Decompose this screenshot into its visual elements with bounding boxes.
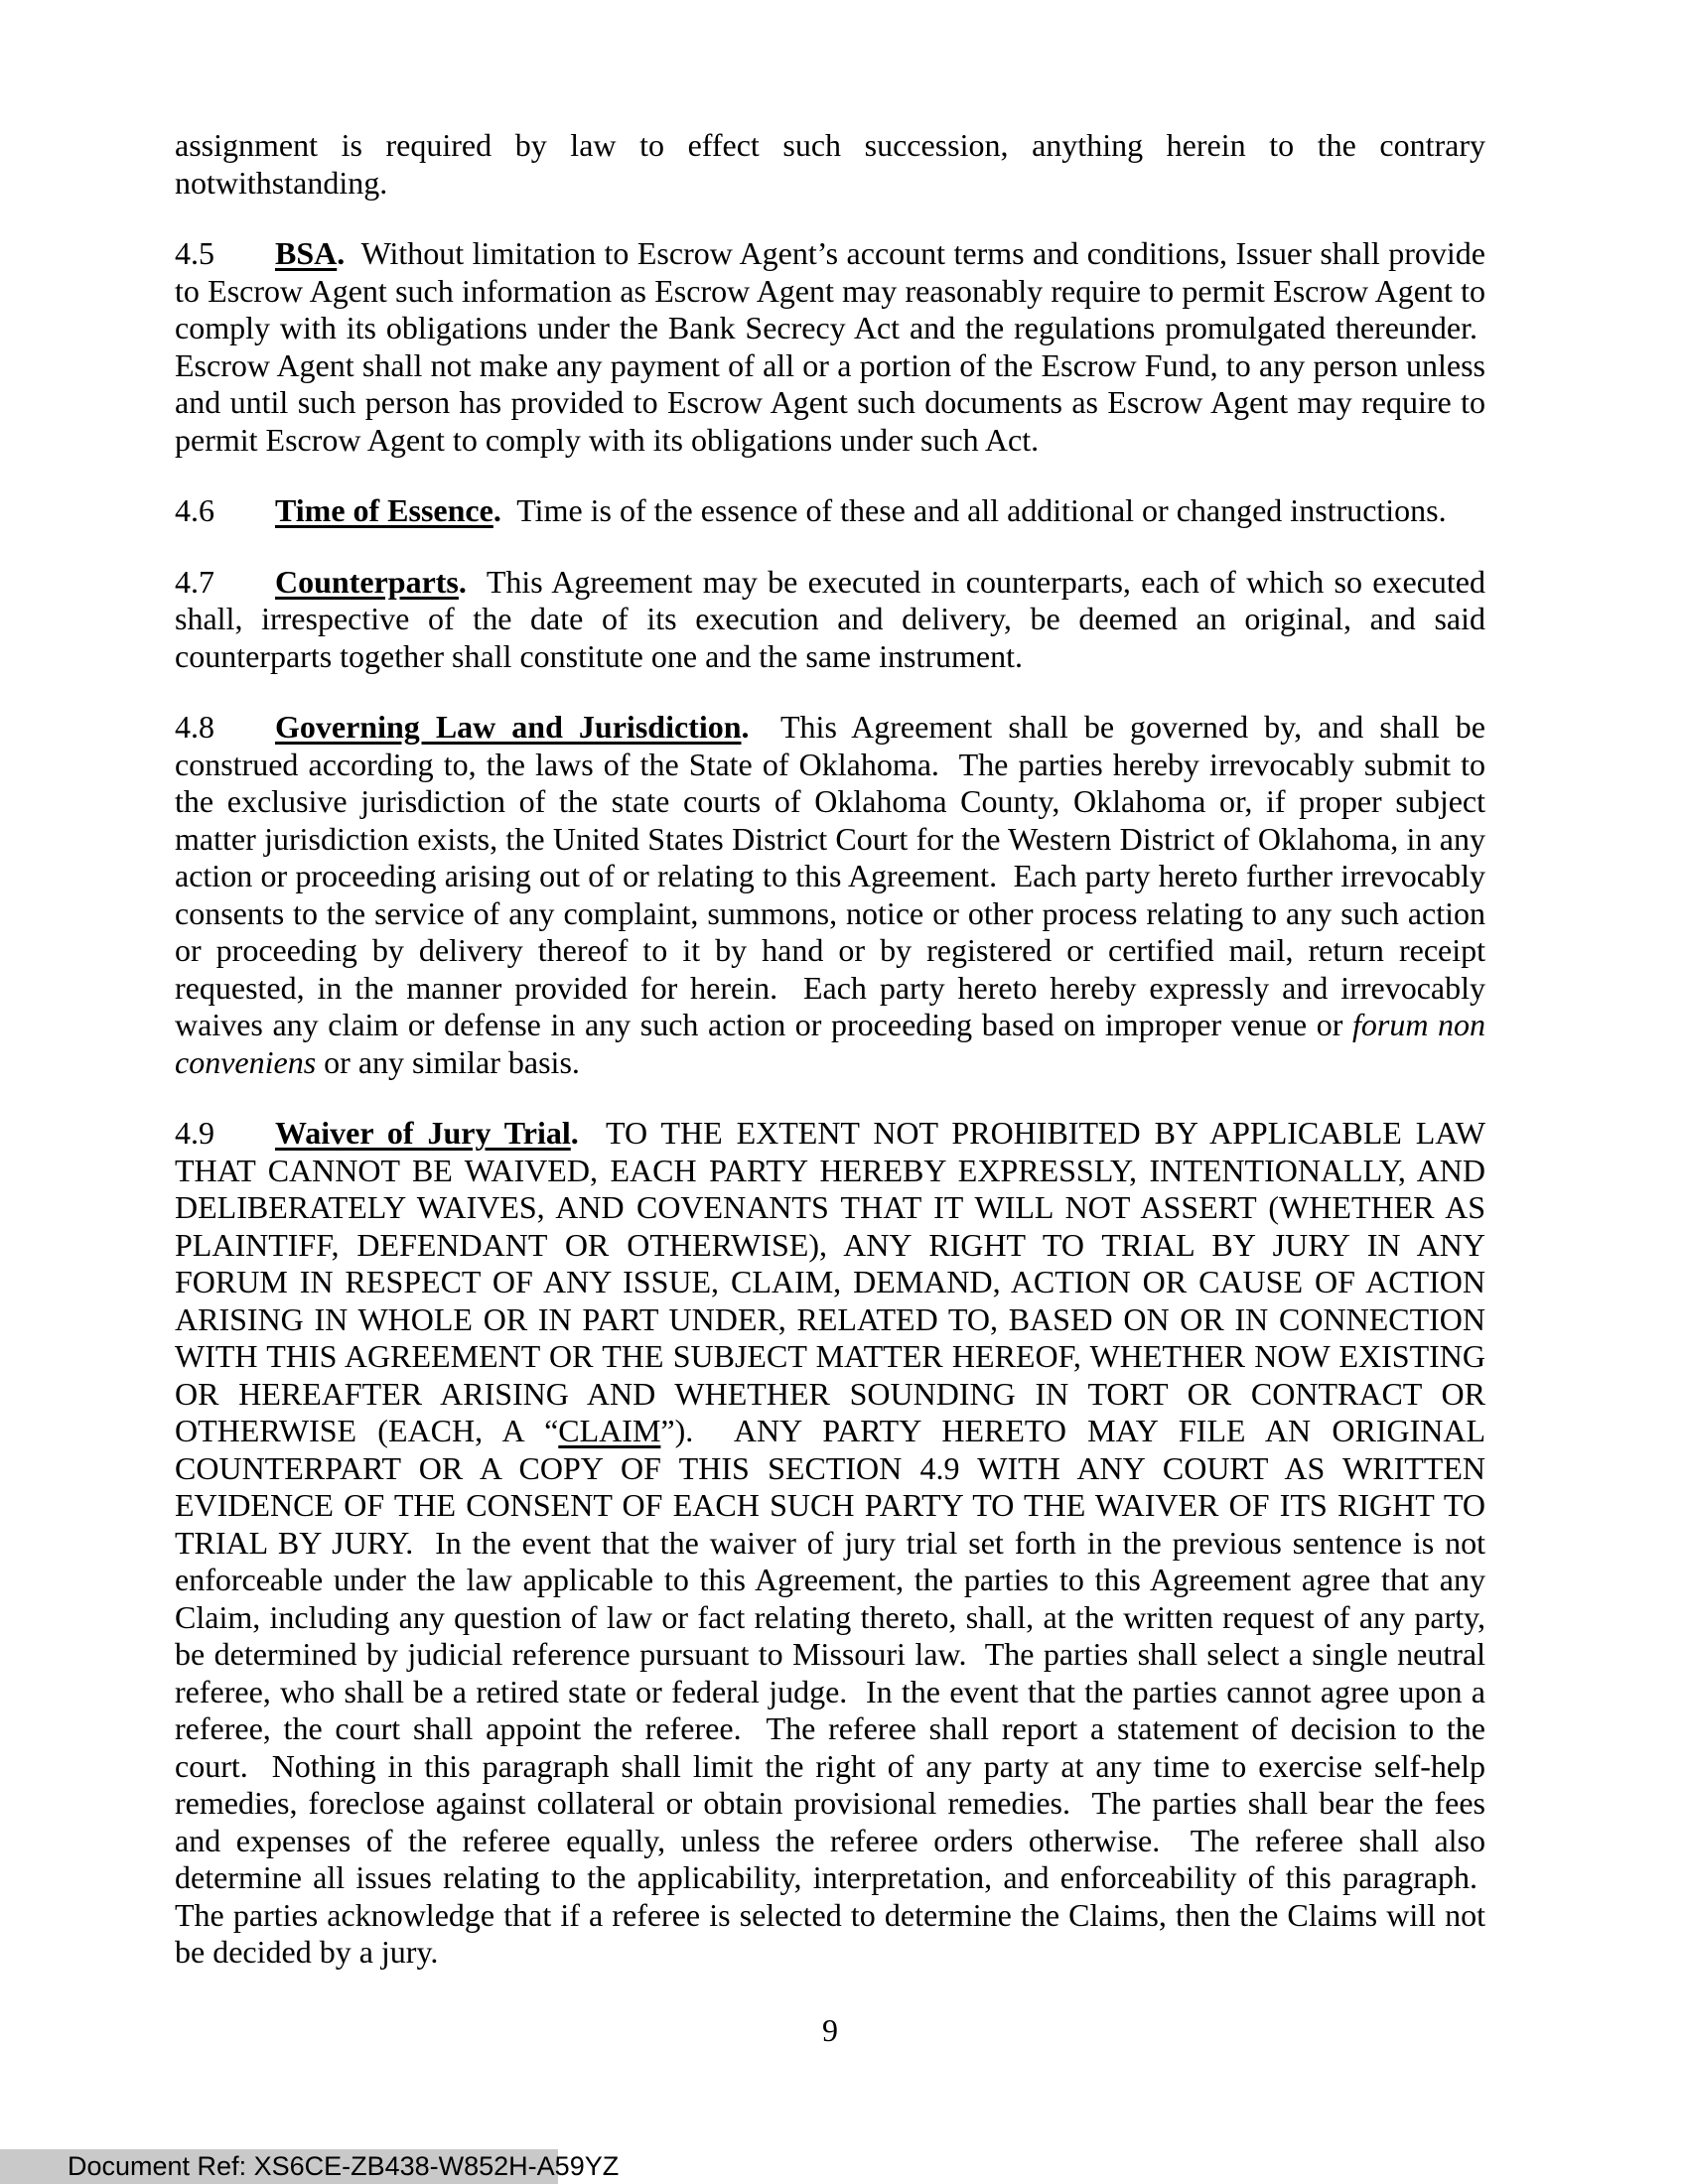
document-page: assignment is required by law to effect … (0, 0, 1688, 2184)
section-number: 4.6 (175, 492, 275, 530)
section-heading: Governing Law and Jurisdiction (275, 709, 742, 745)
section-heading: Waiver of Jury Trial (275, 1115, 571, 1151)
section-paragraph: 4.8Governing Law and Jurisdiction. This … (175, 709, 1485, 1081)
section-number: 4.9 (175, 1115, 275, 1153)
text-run: Time is of the essence of these and all … (501, 492, 1447, 528)
section-paragraph: 4.9Waiver of Jury Trial. TO THE EXTENT N… (175, 1115, 1485, 1972)
text-run: This Agreement shall be governed by, and… (175, 709, 1485, 1042)
section-heading-period: . (493, 492, 501, 528)
section-heading-period: . (571, 1115, 579, 1151)
section-number: 4.8 (175, 709, 275, 747)
section-heading: Counterparts (275, 564, 459, 600)
section-paragraph: 4.7Counterparts. This Agreement may be e… (175, 564, 1485, 676)
section-paragraph: 4.6Time of Essence. Time is of the essen… (175, 492, 1485, 530)
section-paragraph: 4.5BSA. Without limitation to Escrow Age… (175, 235, 1485, 459)
text-run: or any similar basis. (316, 1044, 580, 1080)
text-run: assignment is required by law to effect … (175, 127, 1485, 201)
section-heading: Time of Essence (275, 492, 493, 528)
section-heading: BSA (275, 235, 337, 271)
section-heading-period: . (459, 564, 467, 600)
document-ref-bar: Document Ref: XS6CE-ZB438-W852H-A59YZ (0, 2149, 558, 2184)
section-number: 4.7 (175, 564, 275, 602)
document-ref-text: Document Ref: XS6CE-ZB438-W852H-A59YZ (68, 2151, 619, 2182)
document-body: assignment is required by law to effect … (175, 127, 1485, 2005)
page-number: 9 (175, 2011, 1485, 2049)
section-number: 4.5 (175, 235, 275, 273)
text-run: Without limitation to Escrow Agent’s acc… (175, 235, 1485, 458)
text-run: ”). ANY PARTY HERETO MAY FILE AN ORIGINA… (175, 1413, 1485, 1970)
text-run: TO THE EXTENT NOT PROHIBITED BY APPLICAB… (175, 1115, 1485, 1448)
paragraph: assignment is required by law to effect … (175, 127, 1485, 202)
section-heading-period: . (742, 709, 750, 745)
text-run: CLAIM (558, 1413, 660, 1448)
